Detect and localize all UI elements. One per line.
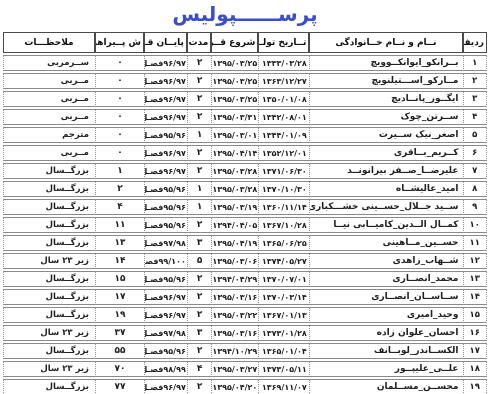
cell-birth-date: ۱۳۷۳/۰۱/۲۸ bbox=[258, 325, 309, 341]
cell-row-number: ۴ bbox=[463, 109, 488, 125]
cell-full-name: بــرانکو_ایوانکــوویچ bbox=[309, 55, 462, 71]
table-header: ردیف نــام و نــام خــانوادگی تــاریخ تو… bbox=[3, 32, 487, 53]
cell-full-name: امید_عالیشــاه bbox=[309, 181, 462, 197]
cell-full-name: ســرتن_چوک bbox=[309, 109, 462, 125]
cell-contract-start: ۱۳۹۵/۰۳/۱۶ bbox=[211, 289, 258, 305]
cell-notes: بزرگــسال bbox=[3, 163, 95, 179]
cell-row-number: ۶ bbox=[463, 145, 488, 161]
cell-duration: ۲ bbox=[187, 343, 212, 359]
table-row: ۴ ســرتن_چوک ۱۳۴۲/۰۸/۰۱ ۱۳۹۵/۰۳/۳۱ ۲ ۹۶/… bbox=[3, 109, 487, 125]
cell-row-number: ۵ bbox=[463, 127, 488, 143]
cell-birth-date: ۱۳۶۹/۱۱/۰۷ bbox=[258, 379, 309, 394]
cell-birth-date: ۱۳۶۷/۰۱/۱۳ bbox=[258, 307, 309, 323]
cell-duration: ۱ bbox=[187, 181, 212, 197]
cell-notes: مــربی bbox=[3, 145, 95, 161]
cell-notes: مترجم bbox=[3, 127, 95, 143]
page-title: پرســــــپولیس bbox=[0, 0, 490, 27]
cell-duration: ۲ bbox=[187, 73, 212, 89]
cell-birth-date: ۱۳۶۵/۰۶/۲۵ bbox=[258, 235, 309, 251]
cell-notes: بزرگــسال bbox=[3, 199, 95, 215]
cell-duration: ۲ bbox=[187, 217, 212, 233]
cell-birth-date: ۱۳۵۲/۱۲/۰۱ bbox=[258, 145, 309, 161]
table-row: ۱ بــرانکو_ایوانکــوویچ ۱۳۳۳/۰۳/۲۸ ۱۳۹۵/… bbox=[3, 55, 487, 71]
cell-contract-end: ۹۶/۹۷فصـل bbox=[144, 145, 187, 161]
cell-contract-end: ۹۷/۹۸فصـل bbox=[144, 235, 187, 251]
cell-full-name: کمــال الــدین_کامیــابی نیــا bbox=[309, 217, 462, 233]
cell-shirt-number: ۰ bbox=[95, 91, 144, 107]
table-row: ۱۷ الکســاندر_لوبــانف ۱۳۶۵/۰۱/۰۴ ۱۳۹۴/۱… bbox=[3, 343, 487, 359]
cell-birth-date: ۱۳۷۰/۱۰/۳۰ bbox=[258, 181, 309, 197]
table-row: ۱۶ احسان_علوان زاده ۱۳۷۳/۰۱/۲۸ ۱۳۹۵/۰۳/۱… bbox=[3, 325, 487, 341]
cell-shirt-number: ۱۴ bbox=[95, 253, 144, 269]
cell-duration: ۳ bbox=[187, 325, 212, 341]
cell-full-name: ســاســان_انصــاری bbox=[309, 289, 462, 305]
cell-shirt-number: ۱۷ bbox=[95, 289, 144, 305]
cell-duration: ۲ bbox=[187, 55, 212, 71]
cell-row-number: ۱۹ bbox=[463, 379, 488, 394]
cell-notes: بزرگــسال bbox=[3, 271, 95, 287]
cell-row-number: ۱۲ bbox=[463, 253, 488, 269]
header-full-name: نــام و نــام خــانوادگی bbox=[309, 32, 462, 53]
cell-birth-date: ۱۳۳۳/۰۳/۲۸ bbox=[258, 55, 309, 71]
cell-birth-date: ۱۳۴۲/۰۸/۰۱ bbox=[258, 109, 309, 125]
cell-full-name: ســید جــلال_حســینی خشـــکباری bbox=[309, 199, 462, 215]
cell-full-name: اصغر_نیک ســیرت bbox=[309, 127, 462, 143]
cell-row-number: ۱۵ bbox=[463, 307, 488, 323]
cell-notes: بزرگــسال bbox=[3, 379, 95, 394]
header-shirt-number: ش پــیراهن bbox=[95, 32, 144, 53]
cell-contract-end: ۹۵/۹۶فصـل bbox=[144, 343, 187, 359]
cell-contract-start: ۱۳۹۵/۰۳/۲۸ bbox=[211, 163, 258, 179]
cell-duration: ۲ bbox=[187, 91, 212, 107]
cell-duration: ۲ bbox=[187, 307, 212, 323]
table-row: ۲ مــارکو_اســـتیلنویچ ۱۳۶۳/۱۲/۲۷ ۱۳۹۵/۰… bbox=[3, 73, 487, 89]
cell-shirt-number: ۰ bbox=[95, 73, 144, 89]
cell-notes: ســرمربی bbox=[3, 55, 95, 71]
cell-row-number: ۱۰ bbox=[463, 217, 488, 233]
cell-full-name: محمد_انصــاری bbox=[309, 271, 462, 287]
cell-notes: بزرگــسال bbox=[3, 307, 95, 323]
table-row: ۱۵ وحید_امیری ۱۳۶۷/۰۱/۱۳ ۱۳۹۵/۰۳/۲۲ ۲ ۹۶… bbox=[3, 307, 487, 323]
cell-birth-date: ۱۳۶۳/۱۲/۲۷ bbox=[258, 73, 309, 89]
table-row: ۱۳ محمد_انصــاری ۱۳۷۰/۰۷/۰۱ ۱۳۹۴/۰۴/۲۹ ۲… bbox=[3, 271, 487, 287]
cell-contract-start: ۱۳۹۵/۰۳/۱۶ bbox=[211, 325, 258, 341]
cell-duration: ۲ bbox=[187, 379, 212, 394]
cell-birth-date: ۱۳۷۰/۰۳/۱۴ bbox=[258, 289, 309, 305]
cell-full-name: مــارکو_اســـتیلنویچ bbox=[309, 73, 462, 89]
table-row: ۱۱ حســین_مــاهینی ۱۳۶۵/۰۶/۲۵ ۱۳۹۵/۰۴/۱۹… bbox=[3, 235, 487, 251]
cell-duration: ۲ bbox=[187, 271, 212, 287]
table-body: ۱ بــرانکو_ایوانکــوویچ ۱۳۳۳/۰۳/۲۸ ۱۳۹۵/… bbox=[3, 55, 487, 394]
cell-contract-end: ۹۶/۹۷فصـل bbox=[144, 289, 187, 305]
cell-birth-date: ۱۳۶۷/۱۰/۲۸ bbox=[258, 217, 309, 233]
cell-notes: زیر ۲۳ سال bbox=[3, 325, 95, 341]
cell-row-number: ۱۴ bbox=[463, 289, 488, 305]
cell-birth-date: ۱۳۷۳/۰۵/۱۱ bbox=[258, 361, 309, 377]
cell-contract-start: ۱۳۹۵/۰۳/۰۱ bbox=[211, 127, 258, 143]
cell-notes: بزرگــسال bbox=[3, 181, 95, 197]
cell-contract-start: ۱۳۹۵/۰۳/۳۱ bbox=[211, 109, 258, 125]
cell-contract-end: ۹۵/۹۶فصـل bbox=[144, 127, 187, 143]
cell-contract-end: ۹۶/۹۷فصـل bbox=[144, 73, 187, 89]
table-row: ۶ کــریم_بــاقری ۱۳۵۲/۱۲/۰۱ ۱۳۹۵/۰۴/۱۴ ۲… bbox=[3, 145, 487, 161]
cell-notes: زیر ۲۳ سال bbox=[3, 361, 95, 377]
cell-row-number: ۸ bbox=[463, 181, 488, 197]
cell-notes: بزرگــسال bbox=[3, 235, 95, 251]
cell-full-name: علــی_علیپــور bbox=[309, 361, 462, 377]
cell-birth-date: ۱۳۶۰/۱۱/۱۴ bbox=[258, 199, 309, 215]
cell-notes: بزرگــسال bbox=[3, 289, 95, 305]
cell-contract-start: ۱۳۹۵/۰۳/۲۵ bbox=[211, 91, 258, 107]
table-row: ۱۰ کمــال الــدین_کامیــابی نیــا ۱۳۶۷/۱… bbox=[3, 217, 487, 233]
cell-shirt-number: ۰ bbox=[95, 145, 144, 161]
cell-shirt-number: ۱ bbox=[95, 163, 144, 179]
header-duration: مدت bbox=[187, 32, 212, 53]
cell-row-number: ۳ bbox=[463, 91, 488, 107]
cell-shirt-number: ۲ bbox=[95, 181, 144, 197]
cell-full-name: الکســاندر_لوبــانف bbox=[309, 343, 462, 359]
cell-duration: ۲ bbox=[187, 289, 212, 305]
cell-contract-end: ۹۵/۹۶فصـل bbox=[144, 217, 187, 233]
cell-shirt-number: ۴ bbox=[95, 199, 144, 215]
cell-birth-date: ۱۳۷۰/۰۷/۰۱ bbox=[258, 271, 309, 287]
table-row: ۱۴ ســاســان_انصــاری ۱۳۷۰/۰۳/۱۴ ۱۳۹۵/۰۳… bbox=[3, 289, 487, 305]
cell-shirt-number: ۰ bbox=[95, 127, 144, 143]
cell-contract-end: ۹۵/۹۶فصـل bbox=[144, 199, 187, 215]
cell-contract-end: ۹۶/۹۷فصـل bbox=[144, 379, 187, 394]
header-contract-start: شروع قــرارداد bbox=[211, 32, 258, 53]
cell-contract-start: ۱۳۹۴/۰۴/۲۹ bbox=[211, 271, 258, 287]
cell-contract-start: ۱۳۹۵/۰۴/۲۰ bbox=[211, 379, 258, 394]
cell-birth-date: ۱۳۷۴/۰۵/۲۷ bbox=[258, 253, 309, 269]
cell-row-number: ۹ bbox=[463, 199, 488, 215]
cell-shirt-number: ۰ bbox=[95, 109, 144, 125]
cell-row-number: ۷ bbox=[463, 163, 488, 179]
cell-duration: ۲ bbox=[187, 163, 212, 179]
cell-contract-end: ۹۸/۹۹فصـل bbox=[144, 361, 187, 377]
table-row: ۱۲ شــهاب_زاهدی ۱۳۷۴/۰۵/۲۷ ۱۳۹۵/۰۳/۰۶ ۵ … bbox=[3, 253, 487, 269]
header-row-number: ردیف bbox=[463, 32, 488, 53]
cell-shirt-number: ۱۱ bbox=[95, 217, 144, 233]
cell-shirt-number: ۱۵ bbox=[95, 271, 144, 287]
cell-shirt-number: ۵۵ bbox=[95, 343, 144, 359]
cell-shirt-number: ۷۷ bbox=[95, 379, 144, 394]
cell-contract-end: ۹۶/۹۷فصـل bbox=[144, 163, 187, 179]
cell-contract-end: ۹۶/۹۷فصـل bbox=[144, 91, 187, 107]
cell-notes: مــربی bbox=[3, 109, 95, 125]
cell-contract-start: ۱۳۹۵/۰۳/۲۵ bbox=[211, 55, 258, 71]
header-birth-date: تــاریخ تولــد bbox=[258, 32, 309, 53]
cell-contract-end: ۹۵/۹۶فصـل bbox=[144, 271, 187, 287]
cell-shirt-number: ۰ bbox=[95, 55, 144, 71]
cell-contract-end: ۹۶/۹۷فصـل bbox=[144, 307, 187, 323]
cell-row-number: ۱۸ bbox=[463, 361, 488, 377]
table-row: ۹ ســید جــلال_حســینی خشـــکباری ۱۳۶۰/۱… bbox=[3, 199, 487, 215]
cell-birth-date: ۱۳۷۱/۰۶/۳۰ bbox=[258, 163, 309, 179]
cell-contract-start: ۱۳۹۵/۰۳/۲۵ bbox=[211, 73, 258, 89]
cell-row-number: ۱۳ bbox=[463, 271, 488, 287]
cell-row-number: ۱ bbox=[463, 55, 488, 71]
table-row: ۸ امید_عالیشــاه ۱۳۷۰/۱۰/۳۰ ۱۳۹۵/۰۳/۲۸ ۱… bbox=[3, 181, 487, 197]
cell-row-number: ۱۷ bbox=[463, 343, 488, 359]
cell-contract-end: ۹۶/۹۷فصـل bbox=[144, 109, 187, 125]
cell-shirt-number: ۱۳ bbox=[95, 235, 144, 251]
table-row: ۱۸ علــی_علیپــور ۱۳۷۳/۰۵/۱۱ ۱۳۹۵/۰۳/۲۷ … bbox=[3, 361, 487, 377]
table-row: ۵ اصغر_نیک ســیرت ۱۳۴۴/۰۱/۰۹ ۱۳۹۵/۰۳/۰۱ … bbox=[3, 127, 487, 143]
cell-row-number: ۱۶ bbox=[463, 325, 488, 341]
cell-contract-start: ۱۳۹۵/۰۴/۱۴ bbox=[211, 145, 258, 161]
cell-full-name: ایگــور_پانــادیچ bbox=[309, 91, 462, 107]
cell-contract-start: ۱۳۹۴/۰۴/۰۵ bbox=[211, 217, 258, 233]
table-row: ۷ علیرضــا_صــفر بیرانونــد ۱۳۷۱/۰۶/۳۰ ۱… bbox=[3, 163, 487, 179]
cell-notes: بزرگــسال bbox=[3, 343, 95, 359]
cell-contract-start: ۱۳۹۵/۰۳/۰۶ bbox=[211, 253, 258, 269]
cell-birth-date: ۱۳۴۴/۰۱/۰۹ bbox=[258, 127, 309, 143]
cell-notes: بزرگــسال bbox=[3, 217, 95, 233]
cell-contract-start: ۱۳۹۵/۰۳/۲۸ bbox=[211, 181, 258, 197]
cell-notes: زیر ۲۳ سال bbox=[3, 253, 95, 269]
cell-contract-end: ۹۵/۹۶فصـل bbox=[144, 181, 187, 197]
cell-contract-start: ۱۳۹۵/۰۳/۲۷ bbox=[211, 361, 258, 377]
cell-duration: ۱ bbox=[187, 127, 212, 143]
table-row: ۳ ایگــور_پانــادیچ ۱۳۵۰/۰۱/۰۸ ۱۳۹۵/۰۳/۲… bbox=[3, 91, 487, 107]
cell-full-name: محســن_مســلمان bbox=[309, 379, 462, 394]
cell-row-number: ۲ bbox=[463, 73, 488, 89]
cell-row-number: ۱۱ bbox=[463, 235, 488, 251]
cell-contract-start: ۱۳۹۵/۰۴/۱۹ bbox=[211, 235, 258, 251]
header-row: ردیف نــام و نــام خــانوادگی تــاریخ تو… bbox=[3, 32, 487, 53]
cell-notes: مــربی bbox=[3, 91, 95, 107]
header-contract-end: پایــان قــرارداد bbox=[144, 32, 187, 53]
cell-birth-date: ۱۳۵۰/۰۱/۰۸ bbox=[258, 91, 309, 107]
cell-duration: ۱ bbox=[187, 199, 212, 215]
cell-duration: ۴ bbox=[187, 361, 212, 377]
cell-contract-start: ۱۳۹۴/۱۰/۲۹ bbox=[211, 343, 258, 359]
cell-contract-start: ۱۳۹۵/۰۳/۲۲ bbox=[211, 307, 258, 323]
cell-duration: ۲ bbox=[187, 109, 212, 125]
cell-shirt-number: ۱۹ bbox=[95, 307, 144, 323]
cell-full-name: احسان_علوان زاده bbox=[309, 325, 462, 341]
cell-full-name: شــهاب_زاهدی bbox=[309, 253, 462, 269]
cell-full-name: وحید_امیری bbox=[309, 307, 462, 323]
cell-duration: ۳ bbox=[187, 235, 212, 251]
cell-notes: مــربی bbox=[3, 73, 95, 89]
table-row: ۱۹ محســن_مســلمان ۱۳۶۹/۱۱/۰۷ ۱۳۹۵/۰۴/۲۰… bbox=[3, 379, 487, 394]
cell-birth-date: ۱۳۶۵/۰۱/۰۴ bbox=[258, 343, 309, 359]
cell-shirt-number: ۳۷ bbox=[95, 325, 144, 341]
cell-shirt-number: ۷۰ bbox=[95, 361, 144, 377]
cell-contract-end: ۹۹/۱۰۰فصـل bbox=[144, 253, 187, 269]
cell-full-name: حســین_مــاهینی bbox=[309, 235, 462, 251]
cell-duration: ۵ bbox=[187, 253, 212, 269]
cell-full-name: علیرضــا_صــفر بیرانونــد bbox=[309, 163, 462, 179]
cell-contract-end: ۹۷/۹۸فصـل bbox=[144, 325, 187, 341]
cell-duration: ۲ bbox=[187, 145, 212, 161]
header-notes: ملاحظـــات bbox=[3, 32, 95, 53]
contracts-table: ردیف نــام و نــام خــانوادگی تــاریخ تو… bbox=[3, 30, 487, 394]
cell-full-name: کــریم_بــاقری bbox=[309, 145, 462, 161]
cell-contract-end: ۹۶/۹۷فصـل bbox=[144, 55, 187, 71]
cell-contract-start: ۱۳۹۵/۰۳/۱۹ bbox=[211, 199, 258, 215]
